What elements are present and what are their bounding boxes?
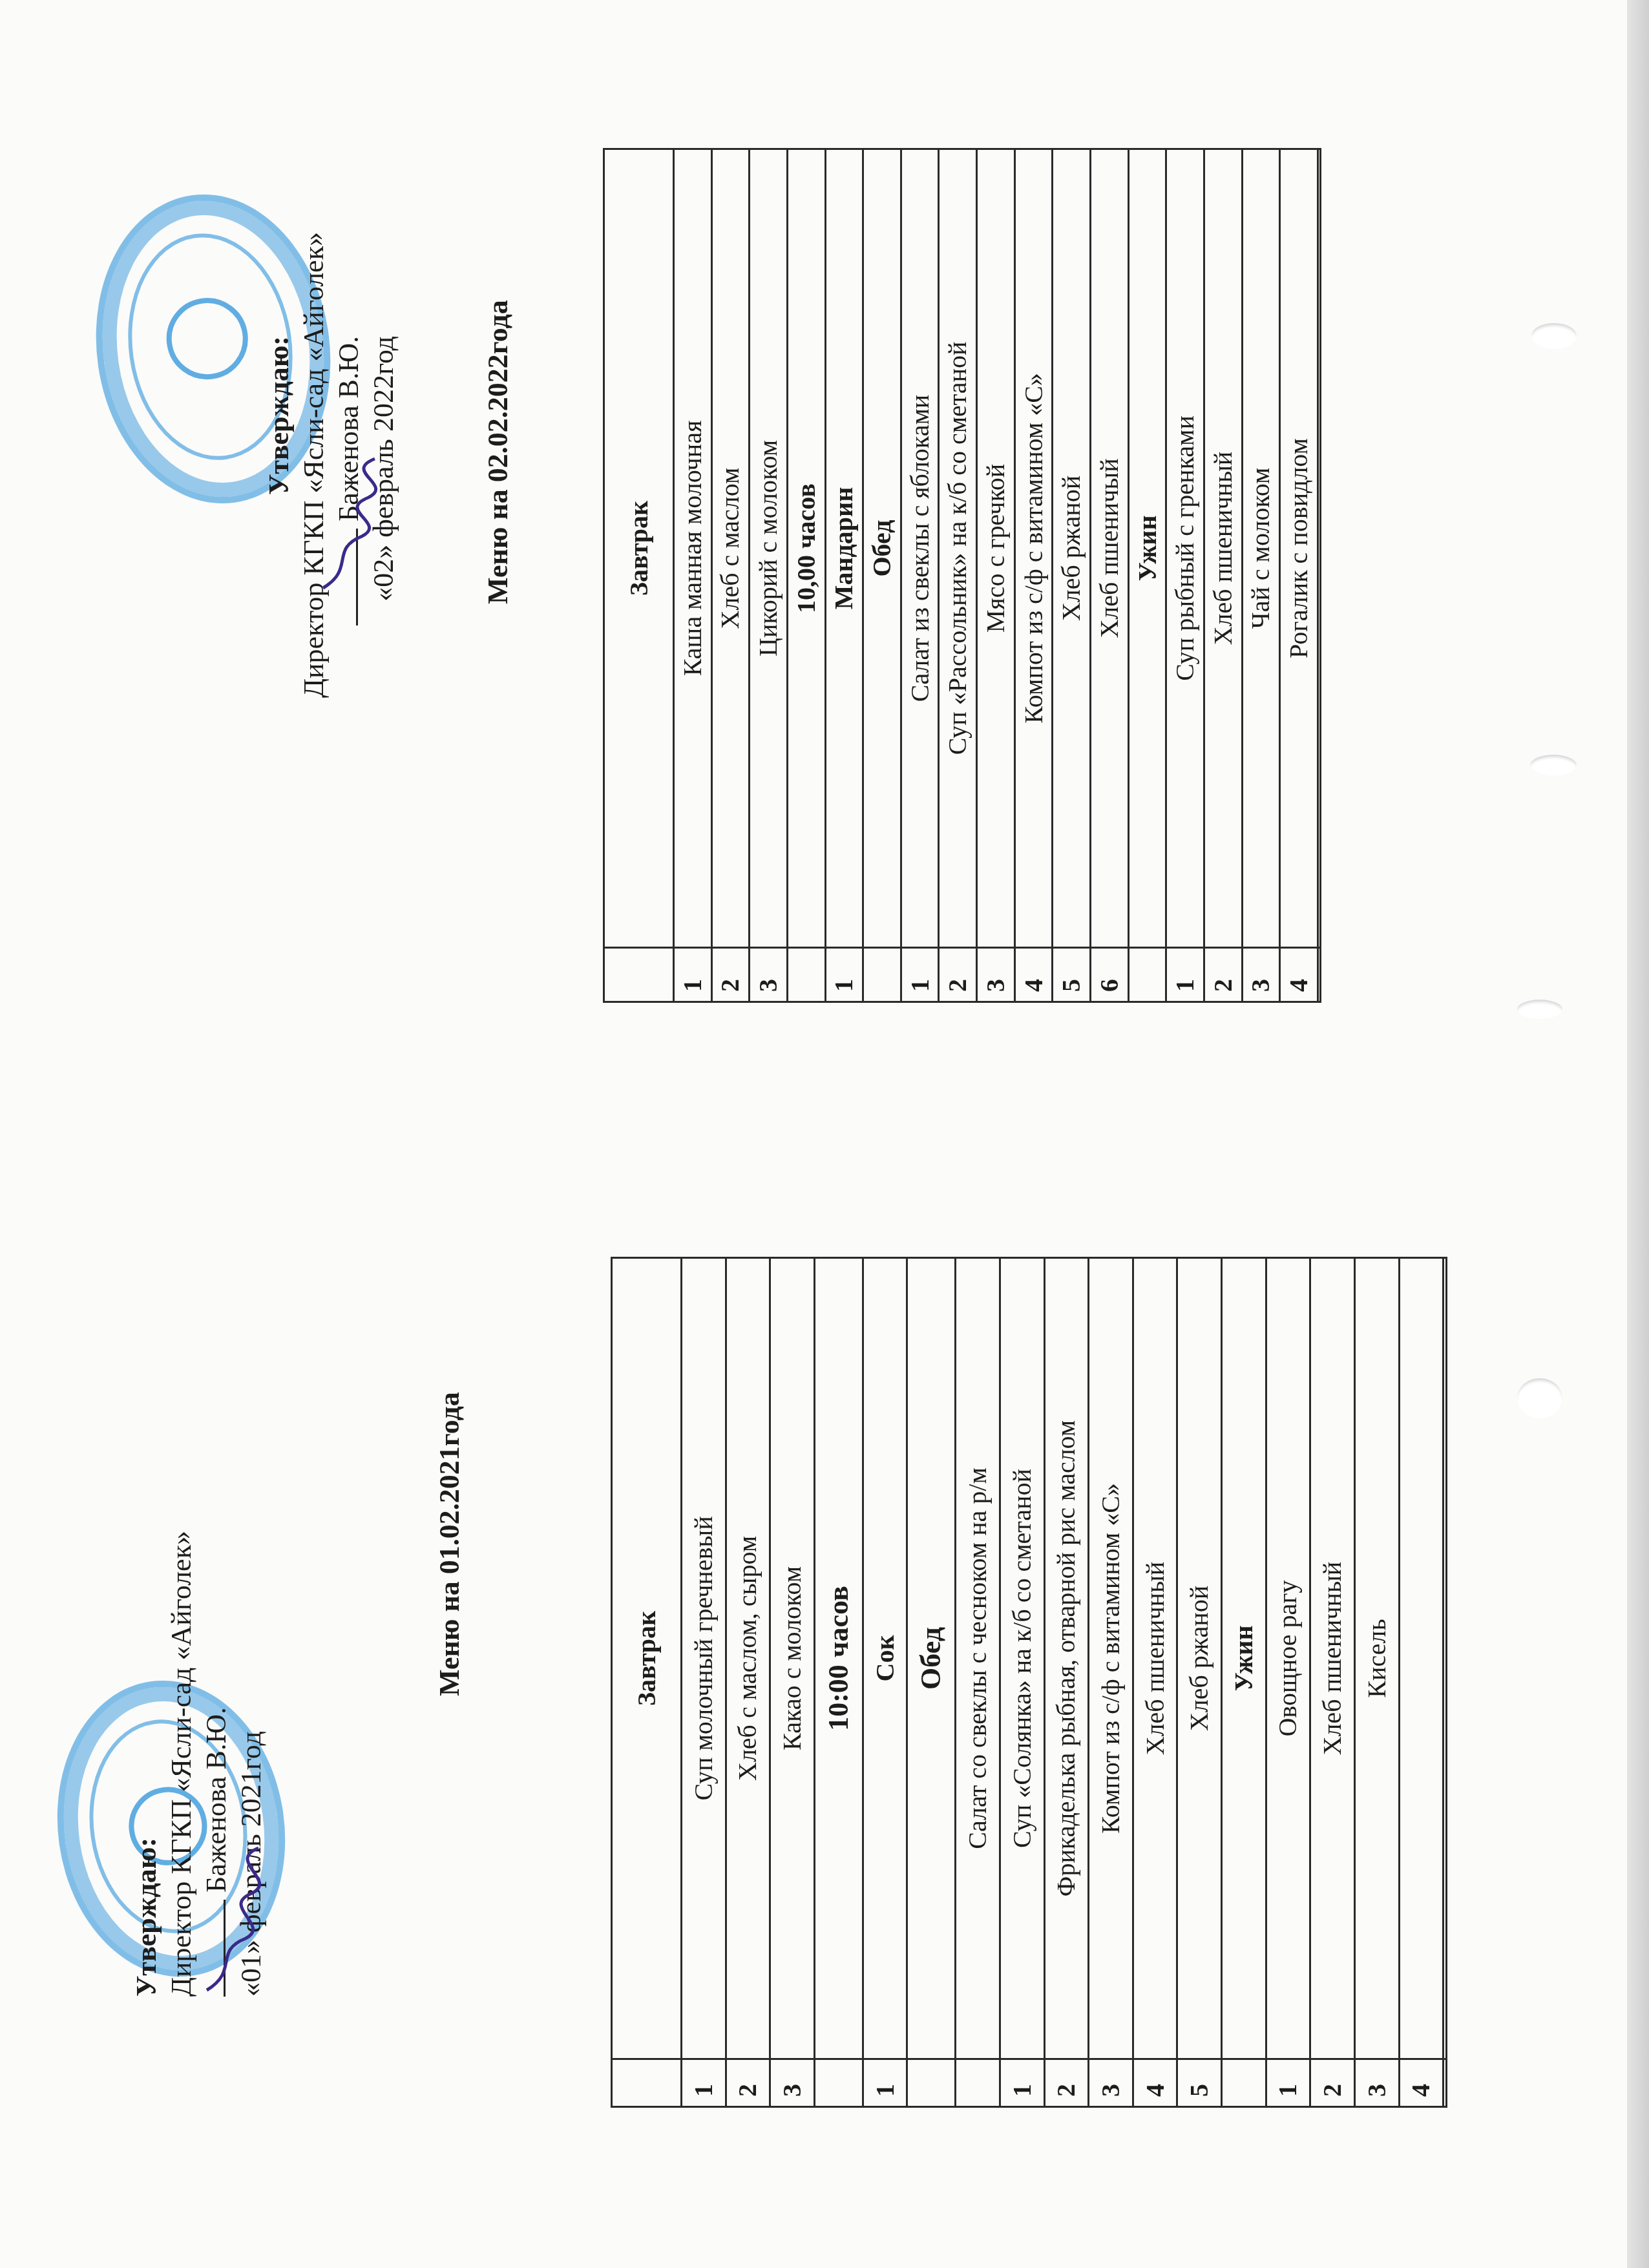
dish-name: Суп «Солянка» на к/б со сметаной <box>1000 1258 1045 2059</box>
meal-section-label: 10:00 часов <box>814 1258 863 2059</box>
approval-heading: Утверждаю: <box>129 1415 164 1997</box>
row-number: 4 <box>1133 2059 1177 2107</box>
table-row: 3Компот из с/ф с витамином «С» <box>1089 1258 1133 2107</box>
dish-name <box>1444 1258 1447 2059</box>
row-number: 5 <box>1177 2059 1222 2107</box>
table-row: 1Сок <box>863 1258 907 2107</box>
approval-block: Утверждаю: Директор КГКП «Ясли-сад «Айго… <box>262 116 401 698</box>
approval-director: Директор КГКП «Ясли-сад «Айголек» <box>297 116 331 698</box>
table-row: Ужин <box>1222 1258 1266 2107</box>
signature-icon <box>317 452 394 594</box>
table-row: 1Суп «Солянка» на к/б со сметаной <box>1000 1258 1045 2107</box>
row-number: 1 <box>682 2059 726 2107</box>
table-row: Завтрак <box>604 149 674 1002</box>
row-number <box>814 2059 863 2107</box>
table-row: 1Мандарин <box>825 149 863 1002</box>
dish-name: Хлеб с маслом <box>711 149 750 948</box>
table-row: 3Кисель <box>1354 1258 1399 2107</box>
table-row: 4Компот из с/ф с витамином «С» <box>1014 149 1053 1002</box>
row-number <box>787 948 825 1002</box>
row-number <box>1444 2059 1447 2107</box>
table-row <box>1318 149 1320 1002</box>
table-row: 3Мясо с гречкой <box>977 149 1015 1002</box>
dish-name: Суп молочный гречневый <box>682 1258 726 2059</box>
row-number: 2 <box>1204 948 1242 1002</box>
dish-name: Фрикаделька рыбная, отварной рис маслом <box>1044 1258 1089 2059</box>
dish-name: Хлеб пшеничный <box>1310 1258 1355 2059</box>
dish-name <box>1399 1258 1444 2059</box>
row-number: 4 <box>1280 948 1318 1002</box>
dish-name: Каша манная молочная <box>674 149 712 948</box>
table-row: 1Каша манная молочная <box>674 149 712 1002</box>
row-number: 4 <box>1399 2059 1444 2107</box>
row-number: 3 <box>1354 2059 1399 2107</box>
table-row: 1Овощное рагу <box>1266 1258 1310 2107</box>
dish-name: Кисель <box>1354 1258 1399 2059</box>
scanner-edge <box>1627 0 1649 2268</box>
dish-name: Мясо с гречкой <box>977 149 1015 948</box>
row-number: 2 <box>711 948 750 1002</box>
row-number: 1 <box>825 948 863 1002</box>
table-row: 4Хлеб пшеничный <box>1133 1258 1177 2107</box>
dish-name: Компот из с/ф с витамином «С» <box>1014 149 1053 948</box>
dish-name: Овощное рагу <box>1266 1258 1310 2059</box>
dish-name: Чай с молоком <box>1242 149 1280 948</box>
table-row: 3Какао с молоком <box>770 1258 815 2107</box>
meal-section-label: Завтрак <box>612 1258 682 2059</box>
dish-name: Какао с молоком <box>770 1258 815 2059</box>
approval-director: Директор КГКП «Ясли-сад «Айголек» <box>164 1415 199 1997</box>
dish-name: Рогалик с повидлом <box>1280 149 1318 948</box>
row-number: 2 <box>939 948 977 1002</box>
dish-name: Хлеб пшеничный <box>1204 149 1242 948</box>
row-number: 3 <box>750 948 788 1002</box>
row-number: 2 <box>1310 2059 1355 2107</box>
row-number: 3 <box>1089 2059 1133 2107</box>
menu-table: Завтрак1Каша манная молочная2Хлеб с масл… <box>603 148 1321 1003</box>
table-row: 2Фрикаделька рыбная, отварной рис маслом <box>1044 1258 1089 2107</box>
dish-name: Хлеб пшеничый <box>1091 149 1129 948</box>
table-row: 5Хлеб ржаной <box>1177 1258 1222 2107</box>
table-row: 3Цикорий с молоком <box>750 149 788 1002</box>
table-row: 3Чай с молоком <box>1242 149 1280 1002</box>
menu-title: Меню на 01.02.2021года <box>433 1392 466 1696</box>
table-row: 2Хлеб пшеничный <box>1310 1258 1355 2107</box>
dish-name: Хлеб ржаной <box>1177 1258 1222 2059</box>
row-number: 1 <box>1266 2059 1310 2107</box>
table-row: Завтрак <box>612 1258 682 2107</box>
table-row: 2Суп «Рассольник» на к/б со сметаной <box>939 149 977 1002</box>
row-number: 3 <box>1242 948 1280 1002</box>
meal-section-label: 10,00 часов <box>787 149 825 948</box>
row-number <box>907 2059 956 2107</box>
menu-table-container: Завтрак1Каша манная молочная2Хлеб с масл… <box>603 148 1321 1003</box>
meal-section-label: Ужин <box>1128 149 1166 948</box>
table-row: 1Суп молочный гречневый <box>682 1258 726 2107</box>
table-row: 2Хлеб с маслом <box>711 149 750 1002</box>
table-row: 1Суп рыбный с гренками <box>1166 149 1204 1002</box>
table-row: Салат со свеклы с чесноком на р/м <box>956 1258 1000 2107</box>
meal-section-label: Завтрак <box>604 149 674 948</box>
row-number <box>1318 948 1320 1002</box>
meal-section-label: Сок <box>863 1258 907 2059</box>
dish-name: Хлеб пшеничный <box>1133 1258 1177 2059</box>
table-row: 4 <box>1399 1258 1444 2107</box>
row-number <box>604 948 674 1002</box>
meal-section-label: Мандарин <box>825 149 863 948</box>
dish-name: Суп рыбный с гренками <box>1166 149 1204 948</box>
table-row: Обед <box>863 149 901 1002</box>
hole-punch <box>1517 1000 1562 1019</box>
meal-section-label: Обед <box>907 1258 956 2059</box>
row-number <box>1128 948 1166 1002</box>
row-number <box>863 948 901 1002</box>
table-row: 2Хлеб с маслом, сыром <box>726 1258 770 2107</box>
row-number: 6 <box>1091 948 1129 1002</box>
row-number: 2 <box>726 2059 770 2107</box>
table-row: 10,00 часов <box>787 149 825 1002</box>
row-number: 1 <box>1000 2059 1045 2107</box>
row-number: 1 <box>863 2059 907 2107</box>
row-number: 3 <box>977 948 1015 1002</box>
row-number: 1 <box>674 948 712 1002</box>
table-row: Ужин <box>1128 149 1166 1002</box>
dish-name: Суп «Рассольник» на к/б со сметаной <box>939 149 977 948</box>
hole-punch <box>1517 1378 1562 1418</box>
dish-name <box>1318 149 1320 948</box>
row-number <box>956 2059 1000 2107</box>
hole-punch <box>1531 323 1577 349</box>
table-row: 2Хлеб пшеничный <box>1204 149 1242 1002</box>
table-row <box>1444 1258 1447 2107</box>
row-number: 1 <box>1166 948 1204 1002</box>
meal-section-label: Обед <box>863 149 901 948</box>
menu-table-container: Завтрак1Суп молочный гречневый2Хлеб с ма… <box>611 1257 1447 2108</box>
table-row: 1Салат из свеклы с яблоками <box>901 149 939 1002</box>
row-number: 4 <box>1014 948 1053 1002</box>
dish-name: Хлеб с маслом, сыром <box>726 1258 770 2059</box>
meal-section-label: Ужин <box>1222 1258 1266 2059</box>
dish-name: Салат из свеклы с яблоками <box>901 149 939 948</box>
dish-name: Цикорий с молоком <box>750 149 788 948</box>
row-number <box>1222 2059 1266 2107</box>
hole-punch <box>1530 755 1577 775</box>
signature-icon <box>200 1842 278 1997</box>
row-number: 2 <box>1044 2059 1089 2107</box>
dish-name: Компот из с/ф с витамином «С» <box>1089 1258 1133 2059</box>
table-row: Обед <box>907 1258 956 2107</box>
menu-table: Завтрак1Суп молочный гречневый2Хлеб с ма… <box>611 1257 1447 2108</box>
dish-name: Салат со свеклы с чесноком на р/м <box>956 1258 1000 2059</box>
row-number <box>612 2059 682 2107</box>
approval-heading: Утверждаю: <box>262 116 297 698</box>
row-number: 3 <box>770 2059 815 2107</box>
dish-name: Хлеб ржаной <box>1053 149 1091 948</box>
menu-title: Меню на 02.02.2022года <box>481 300 514 604</box>
table-row: 5Хлеб ржаной <box>1053 149 1091 1002</box>
row-number: 5 <box>1053 948 1091 1002</box>
table-row: 4Рогалик с повидлом <box>1280 149 1318 1002</box>
row-number: 1 <box>901 948 939 1002</box>
approval-date: «02» февраль 2022год <box>366 116 401 698</box>
table-row: 6Хлеб пшеничый <box>1091 149 1129 1002</box>
table-row: 10:00 часов <box>814 1258 863 2107</box>
